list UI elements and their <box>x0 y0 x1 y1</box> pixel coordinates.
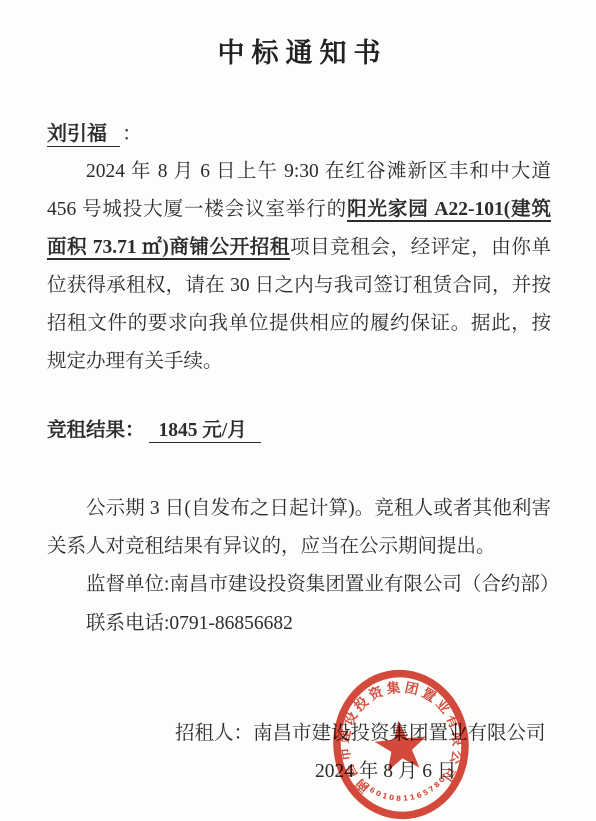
page-title: 中标通知书 <box>47 33 551 73</box>
salutation-colon: ： <box>120 123 142 145</box>
salutation: 刘引福： <box>47 115 551 153</box>
result-value: 1845 元/月 <box>149 420 261 443</box>
date-line: 2024 年 8 月 6 日 <box>47 753 551 791</box>
lessor-line: 招租人：南昌市建设投资集团置业有限公司 <box>47 715 551 753</box>
result-line: 竞租结果：1845 元/月 <box>47 412 551 450</box>
body-paragraph-2: 公示期 3 日(自发布之日起计算)。竞租人或者其他利害关系人对竞租结果有异议的，… <box>47 490 551 566</box>
body-paragraph-1: 2024 年 8 月 6 日上午 9:30 在红谷滩新区丰和中大道 456 号城… <box>47 153 551 381</box>
document-page: 中标通知书 刘引福： 2024 年 8 月 6 日上午 9:30 在红谷滩新区丰… <box>0 0 596 821</box>
result-label: 竞租结果： <box>47 420 145 441</box>
phone-line: 联系电话:0791-86856682 <box>47 605 551 644</box>
supervisor-line: 监督单位:南昌市建设投资集团置业有限公司（合约部） <box>47 566 551 605</box>
recipient-name: 刘引福 <box>47 123 120 147</box>
